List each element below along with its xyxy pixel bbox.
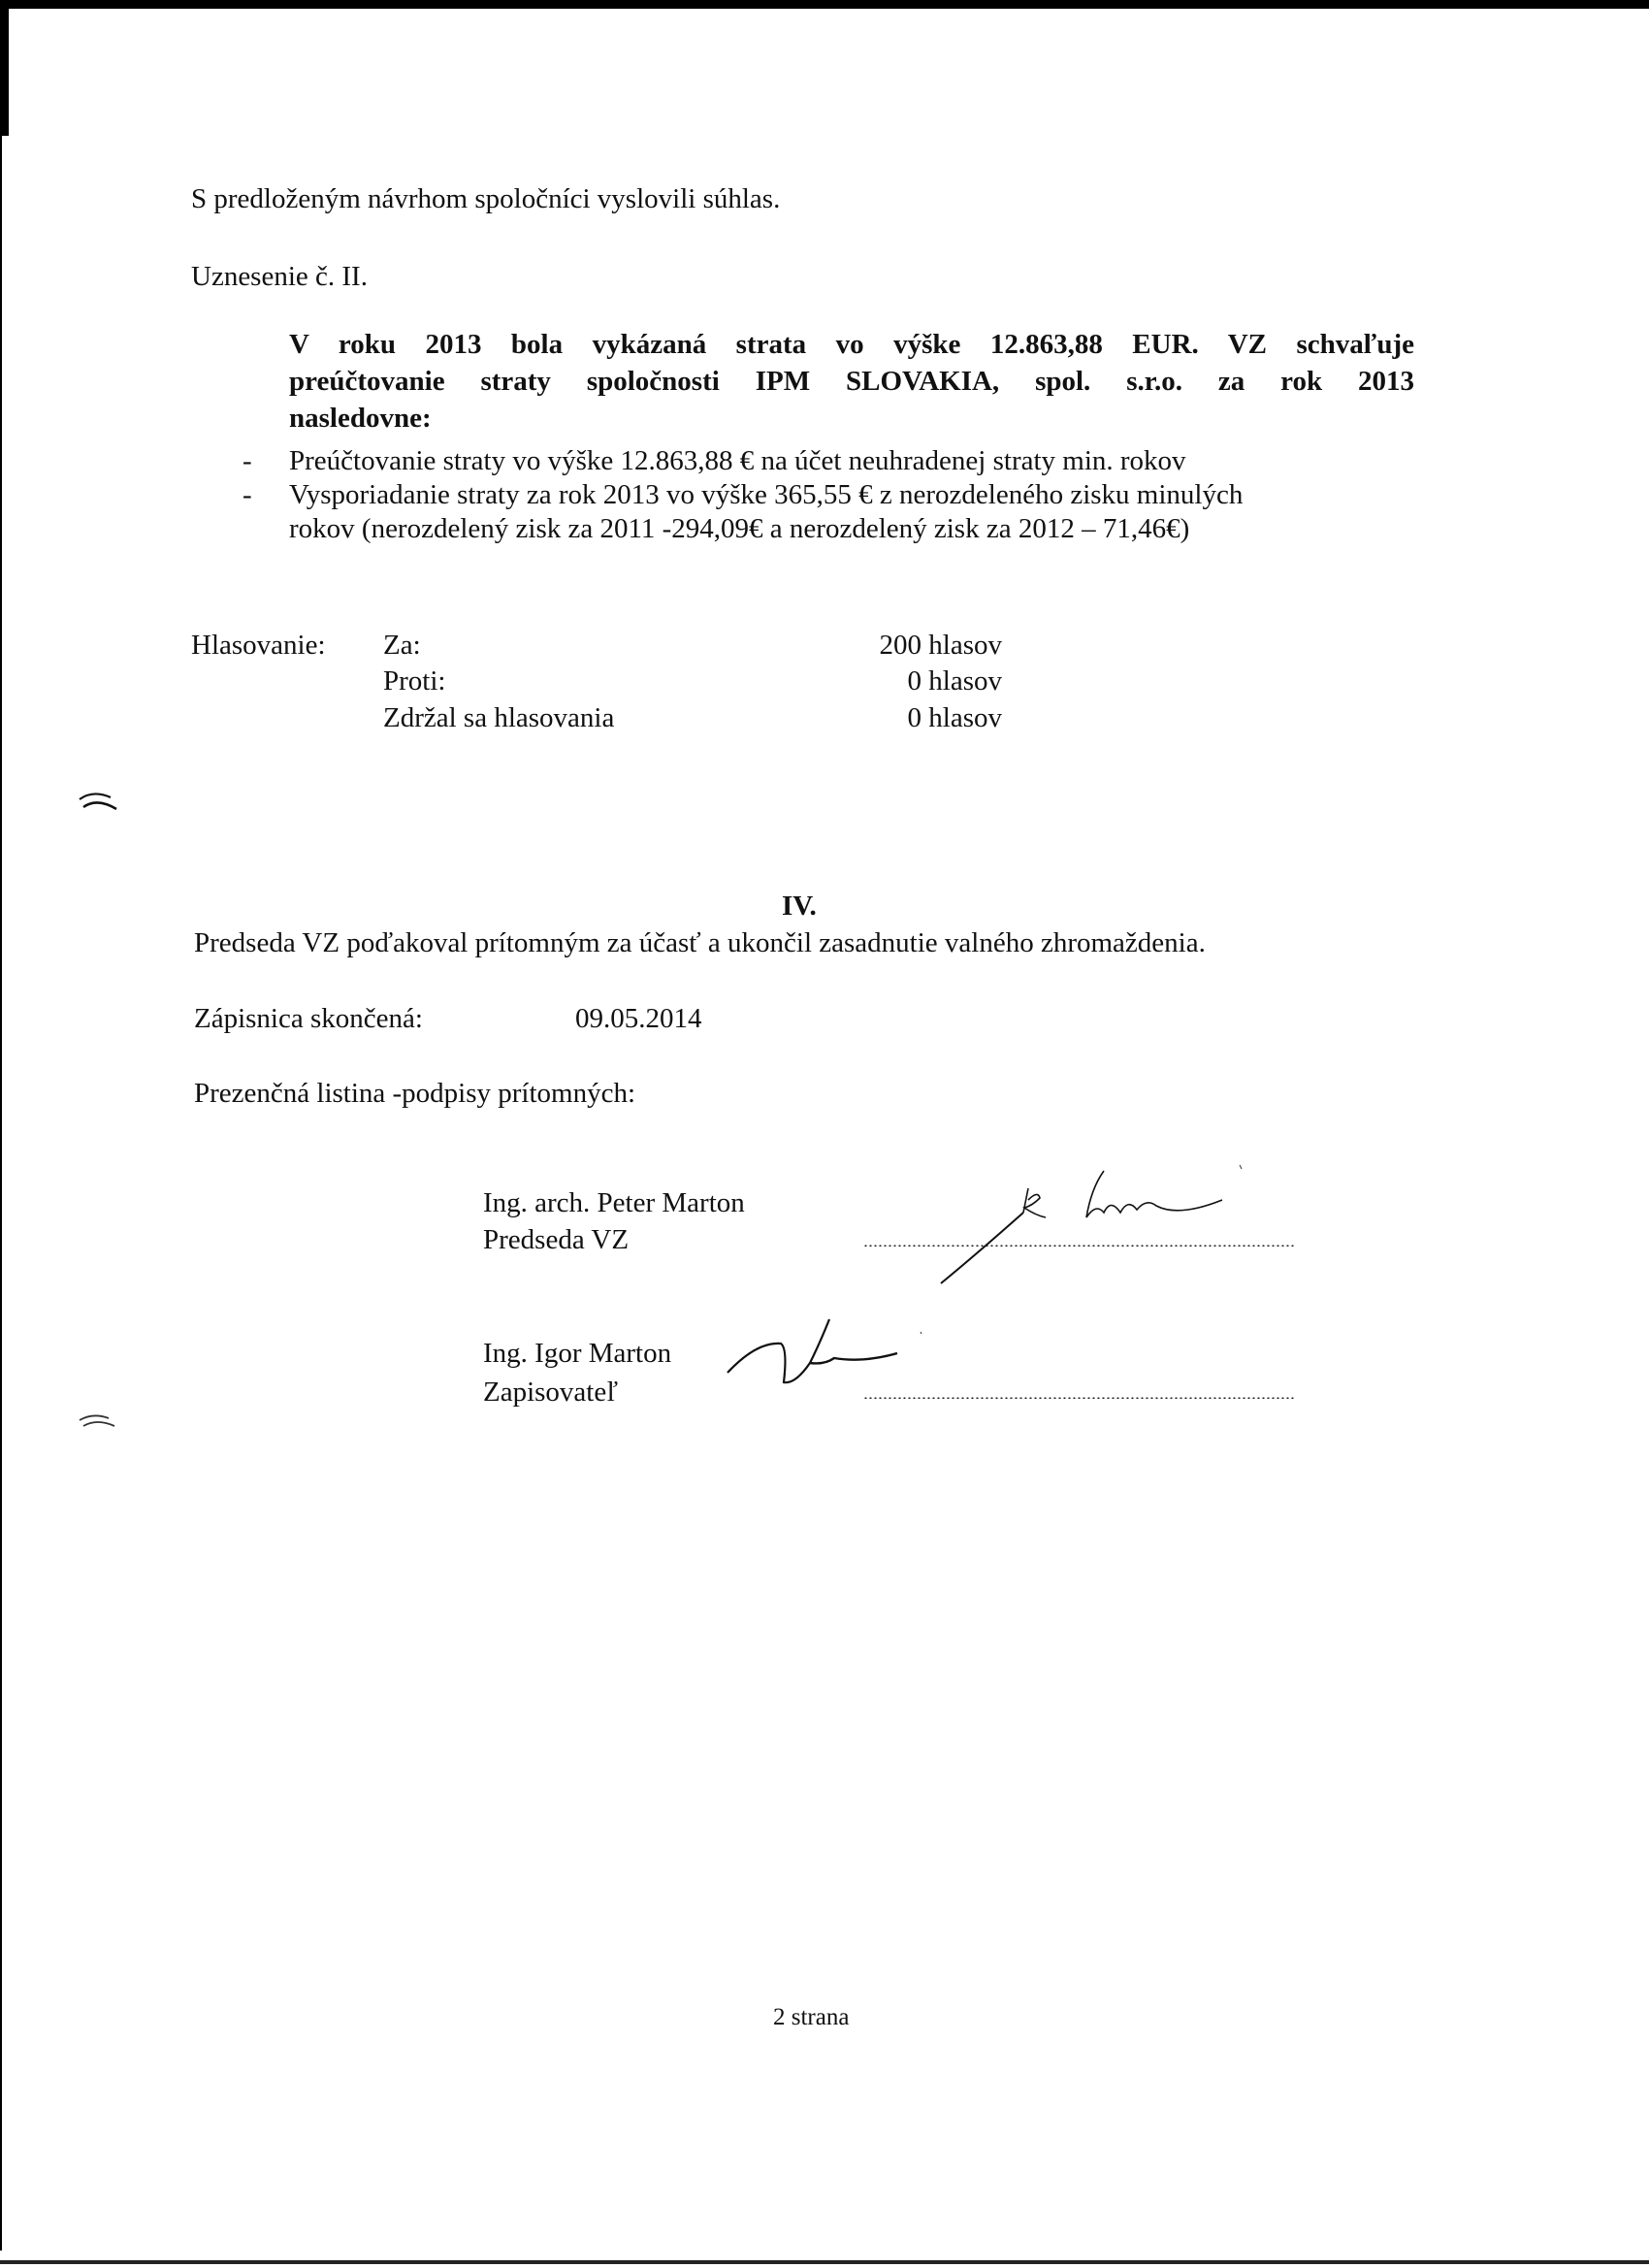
bullet-dash: - [242, 443, 252, 478]
handwritten-signature-chairman-icon [931, 1159, 1339, 1285]
signatory-role-recorder: Zapisovateľ [483, 1375, 618, 1409]
voting-label: Hlasovanie: [191, 628, 326, 663]
scan-border-left-thin [0, 136, 2, 2251]
approval-statement: S predloženým návrhom spoločníci vyslovi… [191, 181, 780, 216]
resolution-text-line-3: nasledovne: [289, 401, 432, 436]
vote-option-against: Proti: [383, 664, 445, 698]
bullet-item-reallocation: Preúčtovanie straty vo výške 12.863,88 €… [289, 443, 1186, 478]
vote-count-abstain: 0 hlasov [776, 700, 1002, 735]
bullet-item-settlement-continuation: rokov (nerozdelený zisk za 2011 -294,09€… [289, 511, 1189, 546]
closing-date: 09.05.2014 [575, 1001, 702, 1036]
handwritten-signature-recorder-icon [718, 1314, 1154, 1392]
resolution-text-line-1: V roku 2013 bola vykázaná strata vo výšk… [289, 327, 1414, 362]
signatory-name-recorder: Ing. Igor Marton [483, 1336, 671, 1371]
resolution-heading: Uznesenie č. II. [191, 259, 368, 294]
signature-line-recorder [863, 1397, 1296, 1399]
vote-count-for: 200 hlasov [776, 628, 1002, 663]
scan-border-bottom [0, 2260, 1649, 2264]
vote-option-for: Za: [383, 628, 421, 663]
bullet-dash: - [242, 477, 252, 512]
vote-count-against: 0 hlasov [776, 664, 1002, 698]
signatory-role-chairman: Predseda VZ [483, 1222, 629, 1257]
vote-option-abstain: Zdržal sa hlasovania [383, 700, 614, 735]
punch-hole-mark-icon [76, 786, 124, 815]
resolution-text-line-2: preúčtovanie straty spoločnosti IPM SLOV… [289, 364, 1414, 399]
attendance-label: Prezenčná listina -podpisy prítomných: [194, 1076, 635, 1111]
page-number: 2 strana [773, 2000, 849, 2035]
bullet-item-settlement: Vysporiadanie straty za rok 2013 vo výšk… [289, 477, 1243, 512]
punch-hole-mark-icon [76, 1407, 124, 1436]
scan-border-left [0, 0, 9, 136]
section-iv-text: Predseda VZ poďakoval prítomným za účasť… [194, 925, 1206, 960]
section-iv-heading: IV. [782, 889, 817, 923]
signatory-name-chairman: Ing. arch. Peter Marton [483, 1185, 745, 1220]
closing-label: Zápisnica skončená: [194, 1001, 423, 1036]
scan-border-top [0, 0, 1649, 9]
